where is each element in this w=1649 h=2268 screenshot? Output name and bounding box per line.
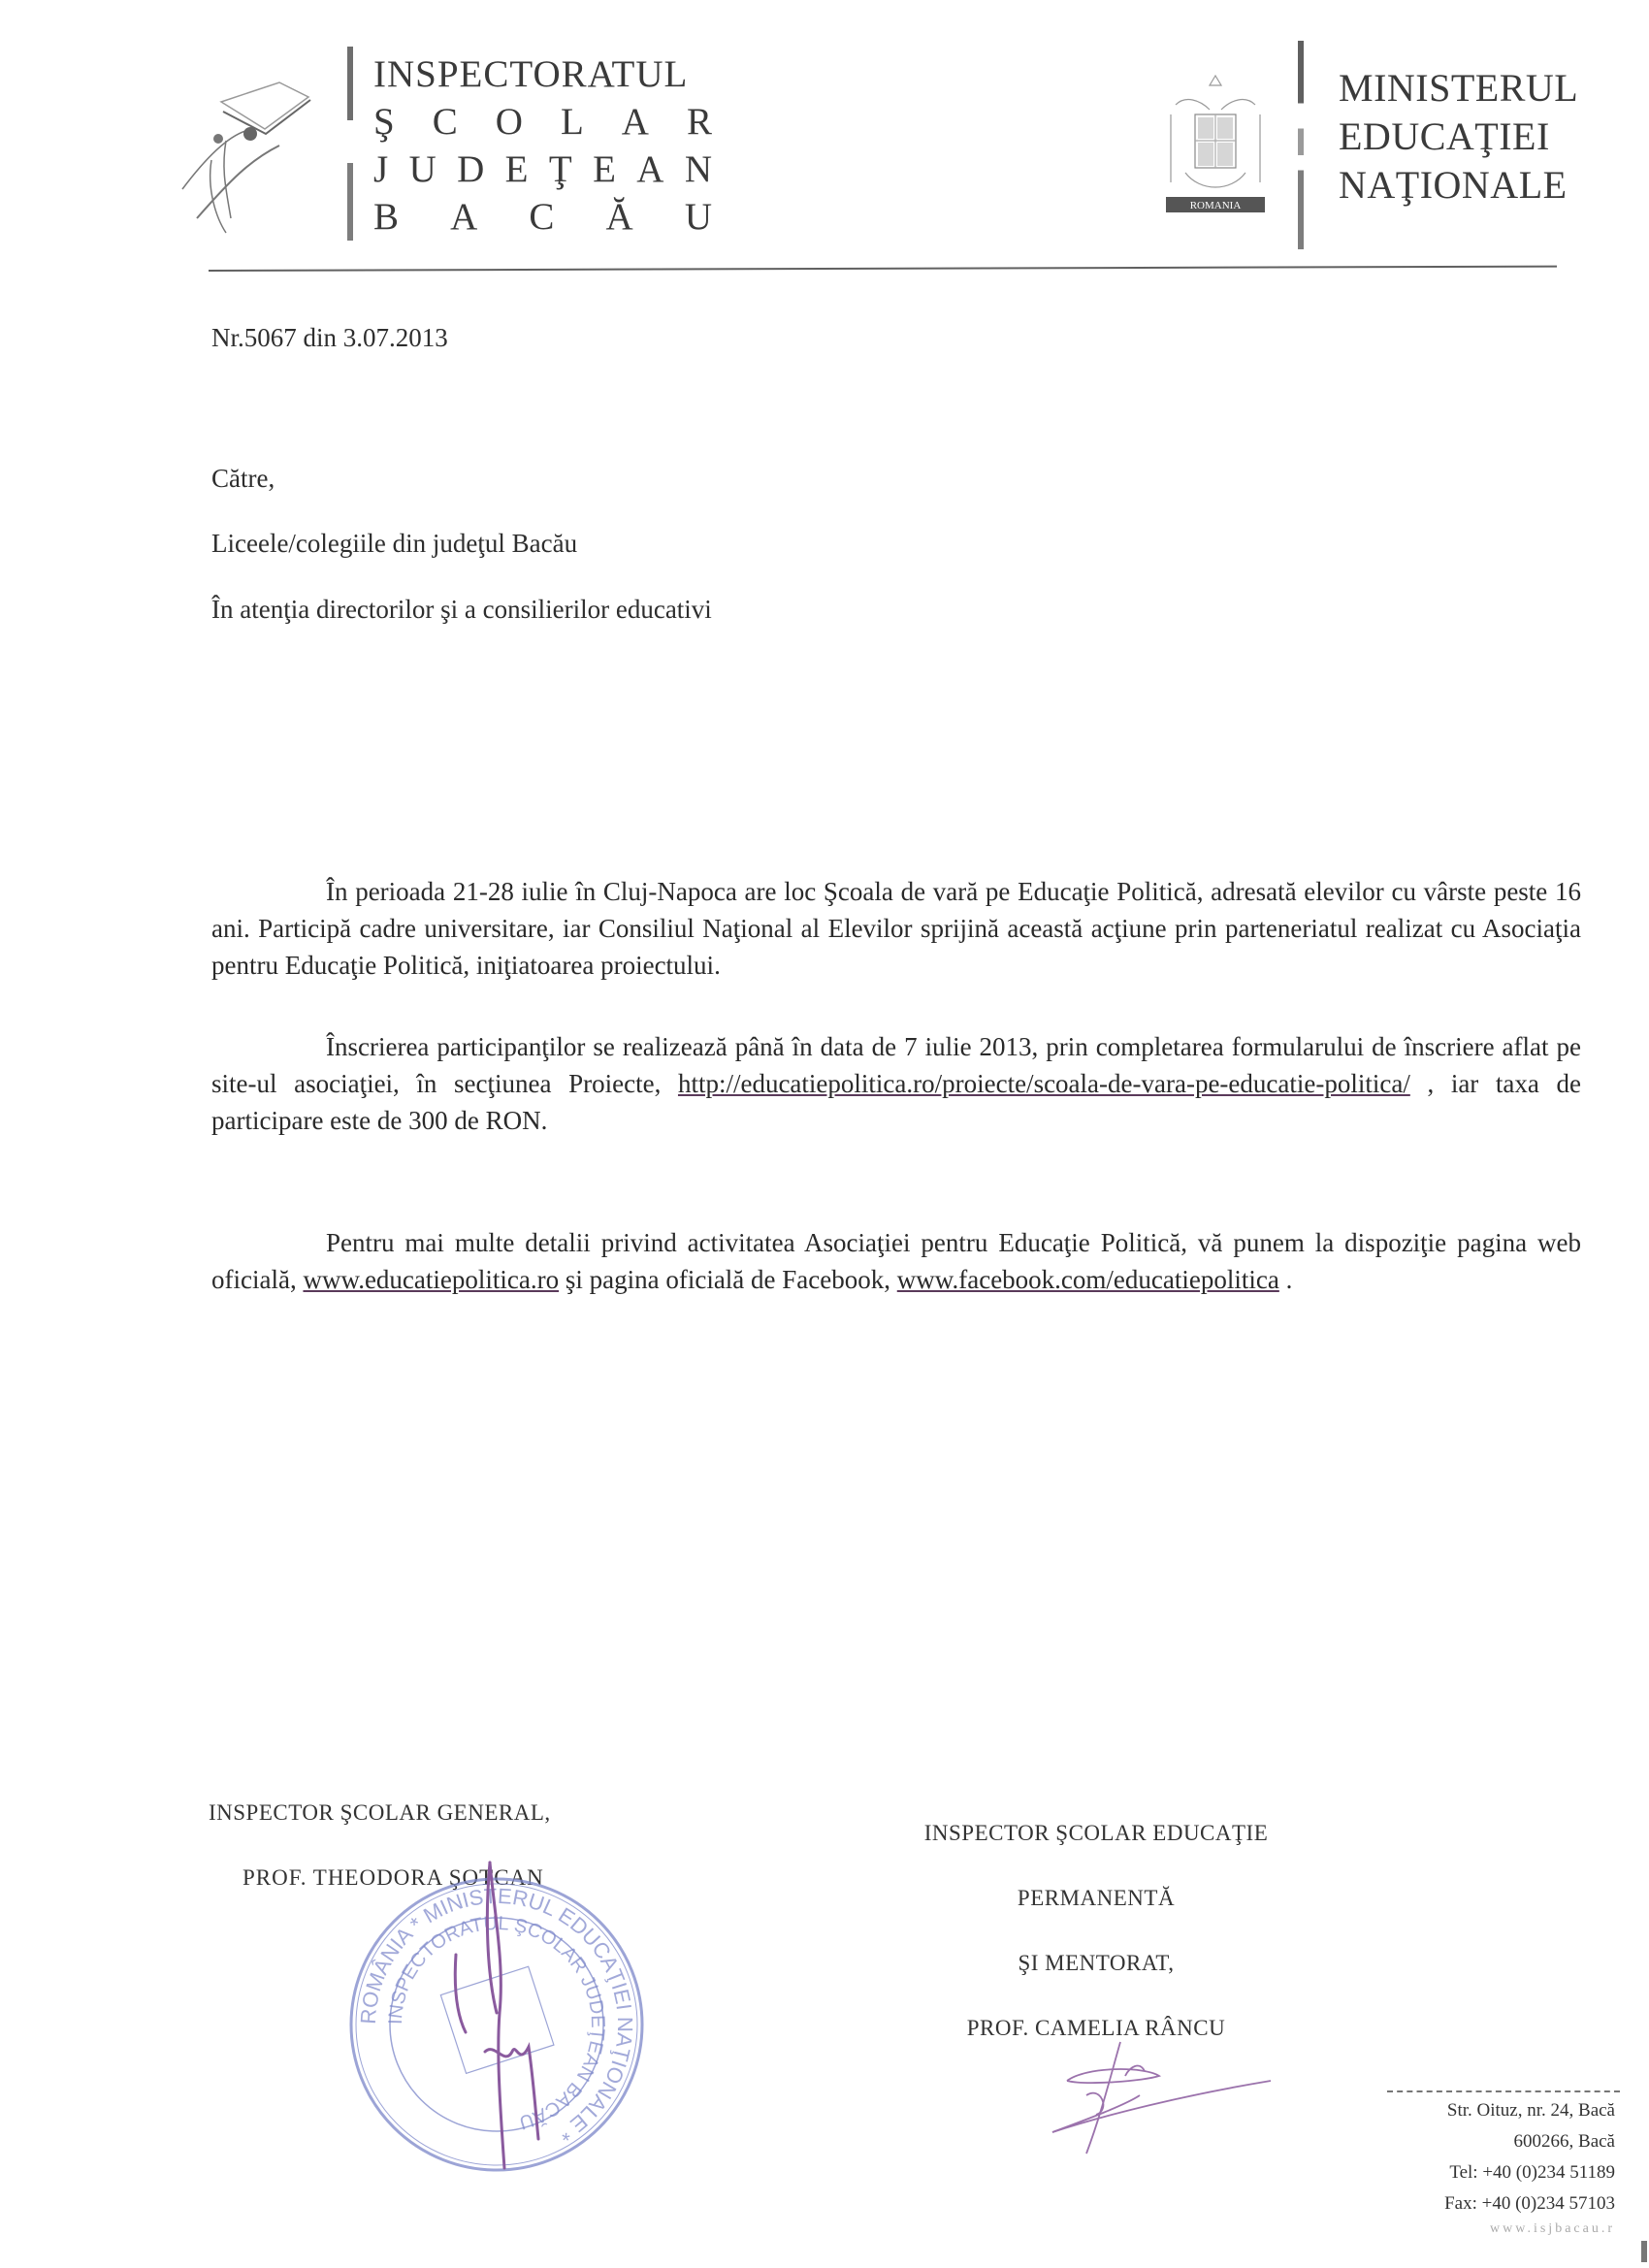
recipients: Liceele/colegiile din judeţul Bacău (211, 529, 577, 559)
institution-line-2: ŞCOLAR (373, 98, 713, 146)
paragraph-1: În perioada 21-28 iulie în Cluj-Napoca a… (211, 873, 1581, 984)
signatory-right-title-3: ŞI MENTORAT, (854, 1930, 1339, 1995)
right-institution-title: MINISTERUL EDUCAŢIEI NAŢIONALE (1339, 64, 1578, 210)
signatory-right-title-1: INSPECTOR ŞCOLAR EDUCAŢIE (854, 1800, 1339, 1865)
contact-web: www.isjbacau.r (1397, 2219, 1615, 2239)
left-institution-title: INSPECTORATULŞCOLARJUDEŢEANBACĂU (373, 50, 713, 241)
paragraph-2: Înscrierea participanţilor se realizează… (211, 1028, 1581, 1139)
paragraph-3: Pentru mai multe detalii privind activit… (211, 1224, 1581, 1298)
institution-line-3: JUDEŢEAN (373, 146, 713, 193)
website-link[interactable]: www.educatiepolitica.ro (303, 1265, 559, 1294)
registration-link[interactable]: http://educatiepolitica.ro/proiecte/scoa… (678, 1069, 1410, 1098)
signature-right-icon (1028, 2037, 1280, 2163)
facebook-link[interactable]: www.facebook.com/educatiepolitica (897, 1265, 1279, 1294)
contact-info: Str. Oituz, nr. 24, Bacă 600266, Bacă Te… (1397, 2095, 1615, 2239)
contact-tel: Tel: +40 (0)234 51189 (1397, 2157, 1615, 2188)
ministry-line-1: MINISTERUL (1339, 64, 1578, 113)
contact-fax: Fax: +40 (0)234 57103 (1397, 2188, 1615, 2219)
scan-edge-mark (1641, 2241, 1647, 2262)
ministry-line-2: EDUCAŢIEI (1339, 113, 1578, 161)
contact-postal: 600266, Bacă (1397, 2126, 1615, 2157)
book-and-figures-logo-icon (173, 44, 342, 238)
to-label: Către, (211, 464, 275, 494)
attention-line: În atenţia directorilor şi a consilieril… (211, 595, 712, 625)
institution-line-4: BACĂU (373, 193, 713, 241)
header-divider-bar-right (1298, 41, 1304, 249)
signatory-right-title-2: PERMANENTĂ (854, 1865, 1339, 1930)
contact-divider (1387, 2090, 1620, 2093)
signatory-left-title: INSPECTOR ŞCOLAR GENERAL, (209, 1800, 551, 1826)
signatory-right: INSPECTOR ŞCOLAR EDUCAŢIE PERMANENTĂ ŞI … (854, 1800, 1339, 2060)
signature-left-icon (427, 1858, 572, 2178)
ministry-line-3: NAŢIONALE (1339, 161, 1578, 210)
header-divider-bar-left (347, 47, 353, 241)
romania-coat-of-arms-icon: ROMANIA (1156, 66, 1275, 221)
institution-line-1: INSPECTORATUL (373, 50, 713, 98)
header-rule (209, 266, 1557, 272)
contact-address: Str. Oituz, nr. 24, Bacă (1397, 2095, 1615, 2126)
svg-text:ROMANIA: ROMANIA (1190, 200, 1242, 211)
document-reference: Nr.5067 din 3.07.2013 (211, 323, 448, 353)
